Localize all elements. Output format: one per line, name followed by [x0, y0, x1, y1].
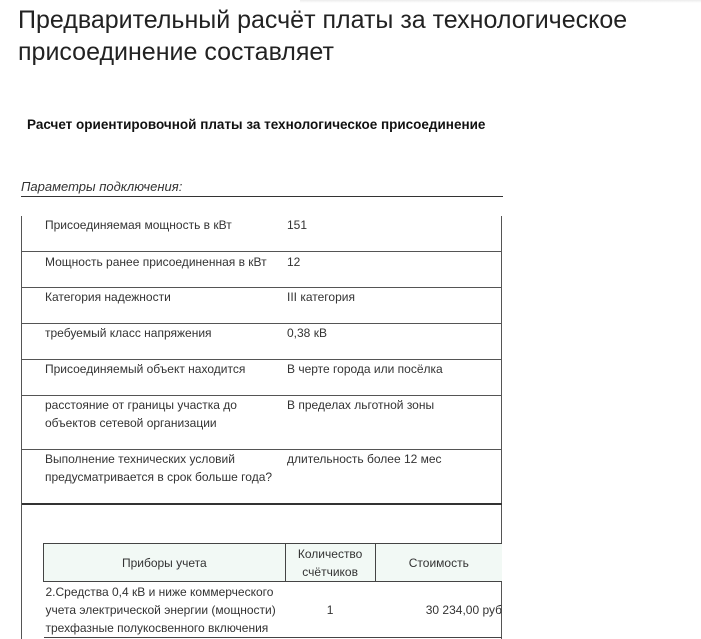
param-label: Мощность ранее присоединенная в кВт [45, 253, 275, 271]
param-row-reliability: Категория надежности III категория [22, 288, 502, 324]
col-header-cost: Стоимость [375, 544, 502, 582]
params-table: Присоединяемая мощность в кВт 151 Мощнос… [21, 216, 502, 639]
table-row: 2.Средства 0,4 кВ и ниже коммерческого у… [44, 582, 503, 638]
page-title: Предварительный расчёт платы за технолог… [18, 4, 698, 68]
param-row-power: Присоединяемая мощность в кВт 151 [22, 216, 502, 252]
param-value: 0,38 кВ [287, 324, 497, 342]
param-value: В пределах льготной зоны [287, 396, 497, 414]
param-row-location: Присоединяемый объект находится В черте … [22, 360, 502, 396]
meter-quantity: 1 [285, 582, 375, 638]
param-row-voltage: требуемый класс напряжения 0,38 кВ [22, 324, 502, 360]
param-label: Выполнение технических условий предусмат… [45, 450, 275, 486]
meter-name: 2.Средства 0,4 кВ и ниже коммерческого у… [44, 582, 286, 638]
param-row-duration: Выполнение технических условий предусмат… [22, 450, 502, 505]
param-label: расстояние от границы участка до объекто… [45, 396, 275, 432]
param-value: 12 [287, 253, 497, 271]
top-shadow [300, 0, 701, 3]
param-label: Присоединяемая мощность в кВт [45, 216, 275, 234]
meters-section: Приборы учета Количество счётчиков Стоим… [22, 505, 502, 639]
param-label: Присоединяемый объект находится [45, 360, 275, 378]
params-section-label: Параметры подключения: [21, 179, 503, 197]
param-value: В черте города или посёлка [287, 360, 497, 378]
calculator-title: Расчет ориентировочной платы за технолог… [27, 117, 485, 132]
meters-table: Приборы учета Количество счётчиков Стоим… [43, 543, 502, 638]
param-label: требуемый класс напряжения [45, 324, 275, 342]
param-row-distance: расстояние от границы участка до объекто… [22, 396, 502, 450]
col-header-quantity: Количество счётчиков [285, 544, 375, 582]
param-value: III категория [287, 288, 497, 306]
col-header-meters: Приборы учета [44, 544, 286, 582]
param-label: Категория надежности [45, 288, 275, 306]
param-row-prev-power: Мощность ранее присоединенная в кВт 12 [22, 252, 502, 288]
param-value: длительность более 12 мес [287, 450, 497, 468]
param-value: 151 [287, 216, 497, 234]
meter-cost: 30 234,00 руб [375, 582, 502, 638]
